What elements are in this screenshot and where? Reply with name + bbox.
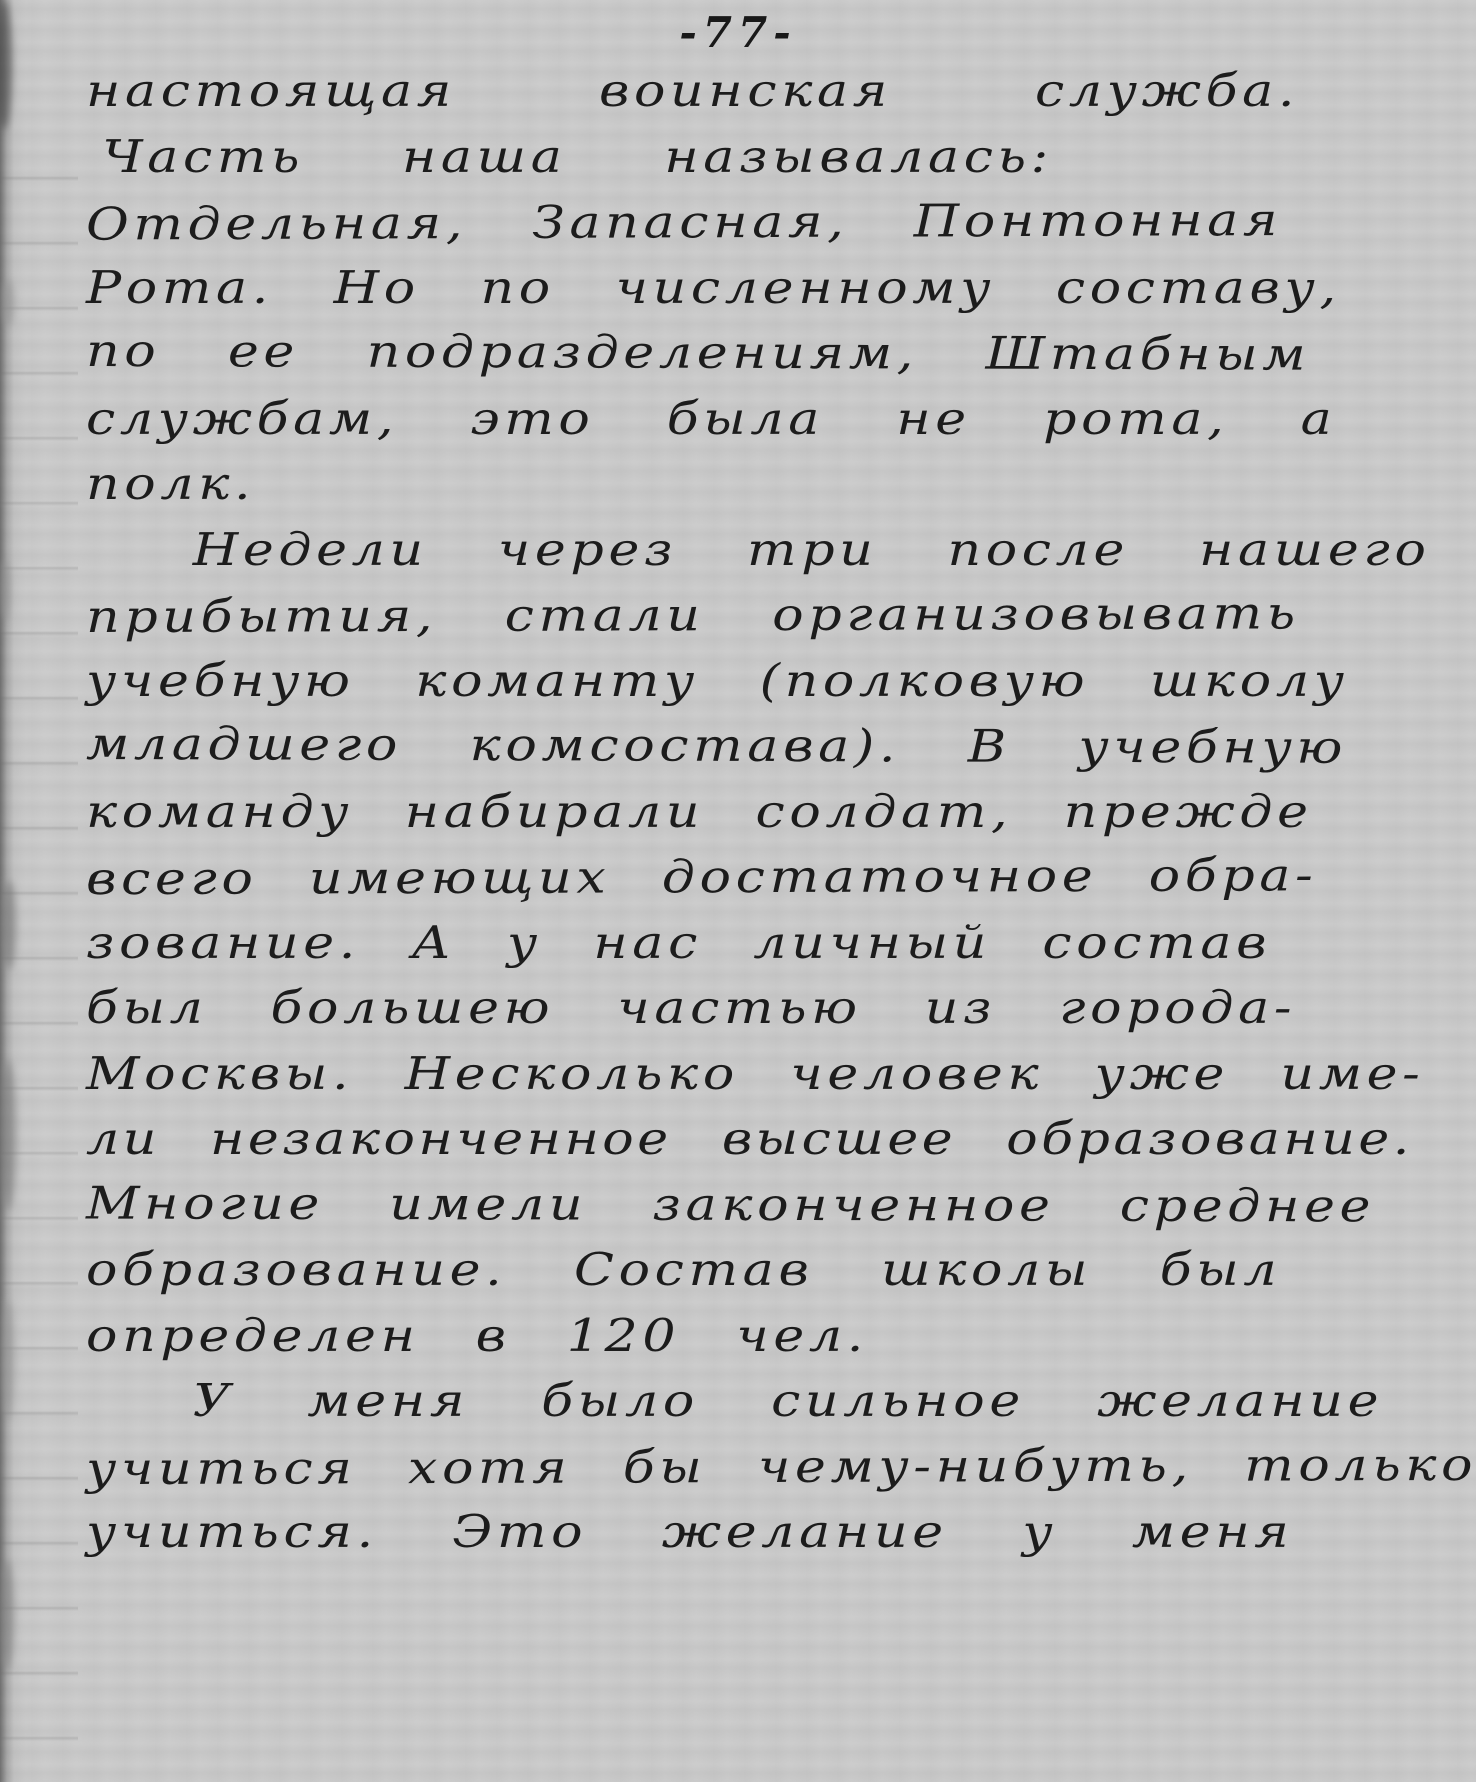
scan-smudge bbox=[0, 1560, 14, 1670]
scan-smudge bbox=[0, 560, 10, 620]
handwritten-line: зование. А у нас личный состав bbox=[86, 910, 1455, 976]
handwritten-line: Многие имели законченное среднее bbox=[86, 1170, 1455, 1239]
handwritten-line: ли незаконченное высшее образование. bbox=[86, 1106, 1455, 1172]
handwritten-line: У меня было сильное желание bbox=[86, 1368, 1455, 1434]
handwritten-line: полк. bbox=[86, 451, 1455, 517]
handwritten-line: Отдельная, Запасная, Понтонная bbox=[86, 186, 1455, 257]
handwritten-line: образование. Состав школы был bbox=[86, 1237, 1455, 1303]
handwritten-line: учиться. Это желание у меня bbox=[86, 1499, 1455, 1565]
scan-smudge bbox=[2, 280, 14, 326]
page-number: -77- bbox=[0, 8, 1476, 57]
handwritten-line: младшего комсостава). В учебную bbox=[86, 711, 1455, 781]
handwritten-line: команду набирали солдат, прежде bbox=[86, 779, 1455, 845]
handwritten-line: всего имеющих достаточное обра- bbox=[86, 842, 1455, 912]
handwritten-line: учиться хотя бы чему-нибуть, только bbox=[86, 1431, 1455, 1501]
handwritten-line: Недели через три после нашего bbox=[86, 517, 1455, 583]
handwritten-line: определен в 120 чел. bbox=[86, 1303, 1455, 1369]
handwritten-text-block: настоящая воинская служба. Часть наша на… bbox=[86, 58, 1455, 1565]
scan-smudge bbox=[0, 1060, 16, 1210]
handwritten-line: учебную команту (полковую школу bbox=[86, 648, 1455, 714]
scan-smudge bbox=[2, 1300, 14, 1420]
handwritten-line: был большею частью из города- bbox=[86, 975, 1455, 1041]
handwritten-line: Часть наша называлась: bbox=[86, 124, 1455, 190]
handwritten-line: прибытия, стали организовывать bbox=[86, 580, 1455, 650]
handwritten-line: службам, это была не рота, а bbox=[86, 386, 1455, 452]
scan-smudge bbox=[2, 880, 16, 970]
handwritten-line: Рота. Но по численному составу, bbox=[86, 255, 1455, 321]
handwritten-line: Москвы. Несколько человек уже име- bbox=[86, 1041, 1455, 1107]
manuscript-page: -77- настоящая воинская служба. Часть на… bbox=[0, 0, 1476, 1782]
handwritten-line: по ее подразделениям, Штабным bbox=[86, 318, 1455, 388]
handwritten-line: настоящая воинская служба. bbox=[86, 58, 1455, 124]
